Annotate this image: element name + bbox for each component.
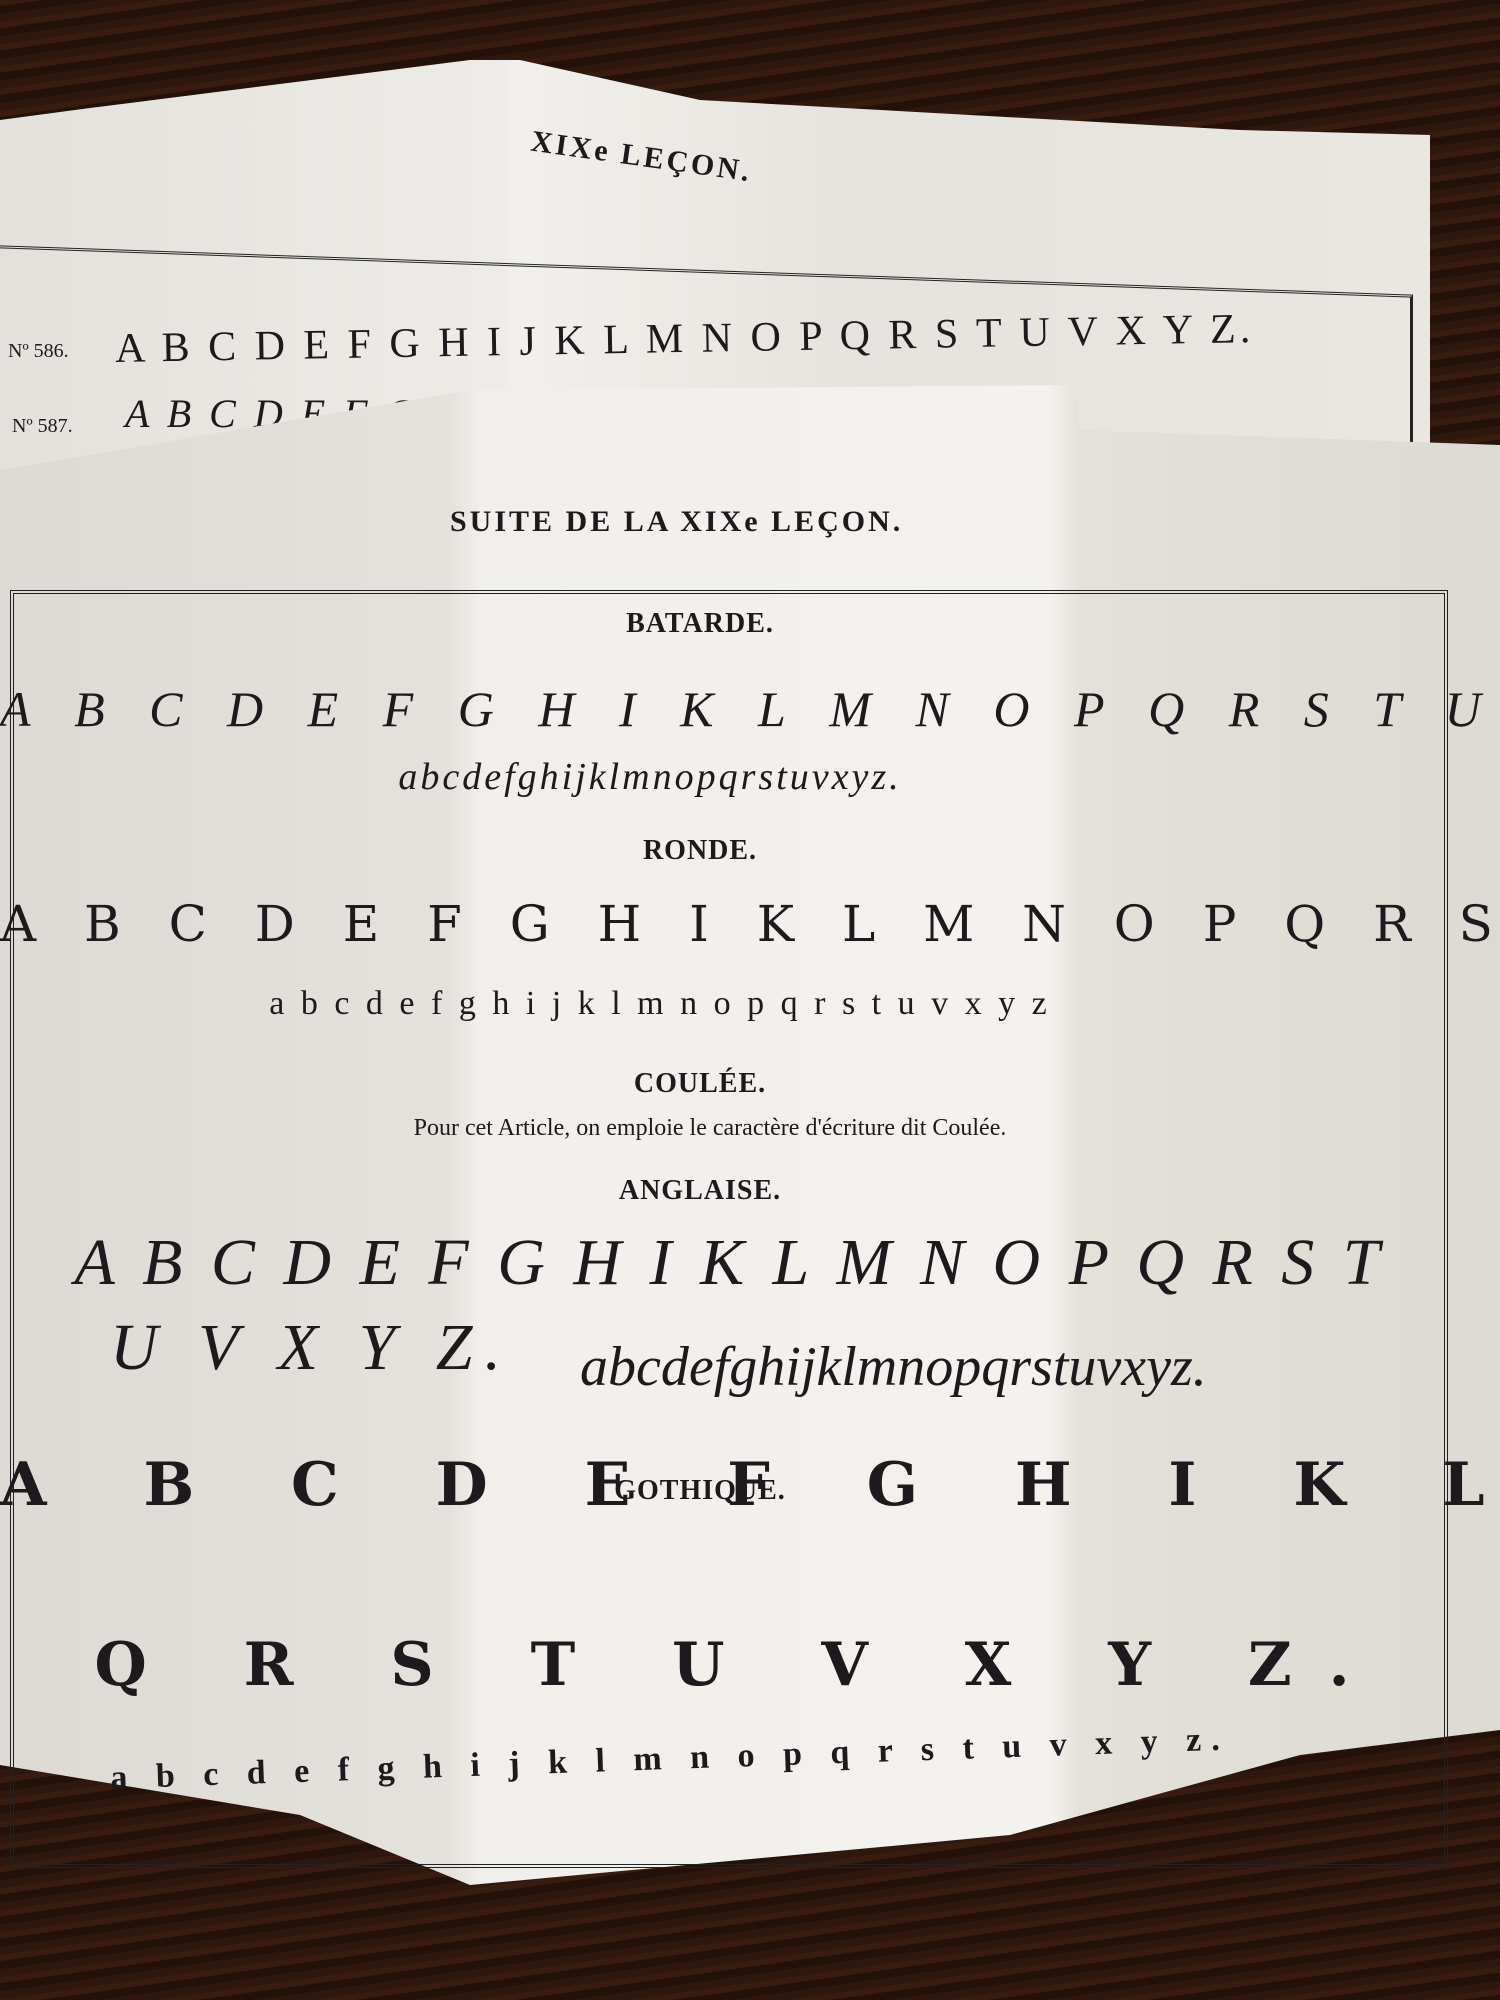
anglaise-uppercase-2: U V X Y Z. — [110, 1310, 513, 1386]
suite-title: SUITE DE LA XIXe LEÇON. — [450, 505, 903, 539]
gothique-uppercase-2: P Q R S T U V X Y Z. — [0, 1630, 1400, 1700]
coulee-note: Pour cet Article, on emploie le caractèr… — [0, 1115, 1440, 1142]
row-label-586: Nº 586. — [8, 340, 69, 363]
section-coulee-heading: COULÉE. — [0, 1068, 1400, 1100]
batarde-lowercase: abcdefghijklmnopqrstuvxyz. — [0, 755, 1380, 799]
row-label-587: Nº 587. — [12, 415, 73, 438]
ronde-uppercase: A B C D E F G H I K L M N O P Q R S T U … — [0, 895, 1460, 953]
anglaise-uppercase-1: A B C D E F G H I K L M N O P Q R S T — [0, 1225, 1460, 1301]
lesson-title: XIXe LEÇON. — [529, 125, 755, 190]
section-ronde-heading: RONDE. — [0, 835, 1400, 867]
anglaise-lowercase: abcdefghijklmnopqrstuvxyz. — [580, 1335, 1207, 1399]
batarde-uppercase: A B C D E F G H I K L M N O P Q R S T U … — [0, 680, 1460, 738]
gothique-uppercase-1: A B C D E F G H I K L M N O — [0, 1450, 1460, 1520]
section-anglaise-heading: ANGLAISE. — [0, 1175, 1400, 1207]
ronde-lowercase: a b c d e f g h i j k l m n o p q r s t … — [0, 985, 1390, 1023]
section-batarde-heading: BATARDE. — [0, 608, 1400, 640]
